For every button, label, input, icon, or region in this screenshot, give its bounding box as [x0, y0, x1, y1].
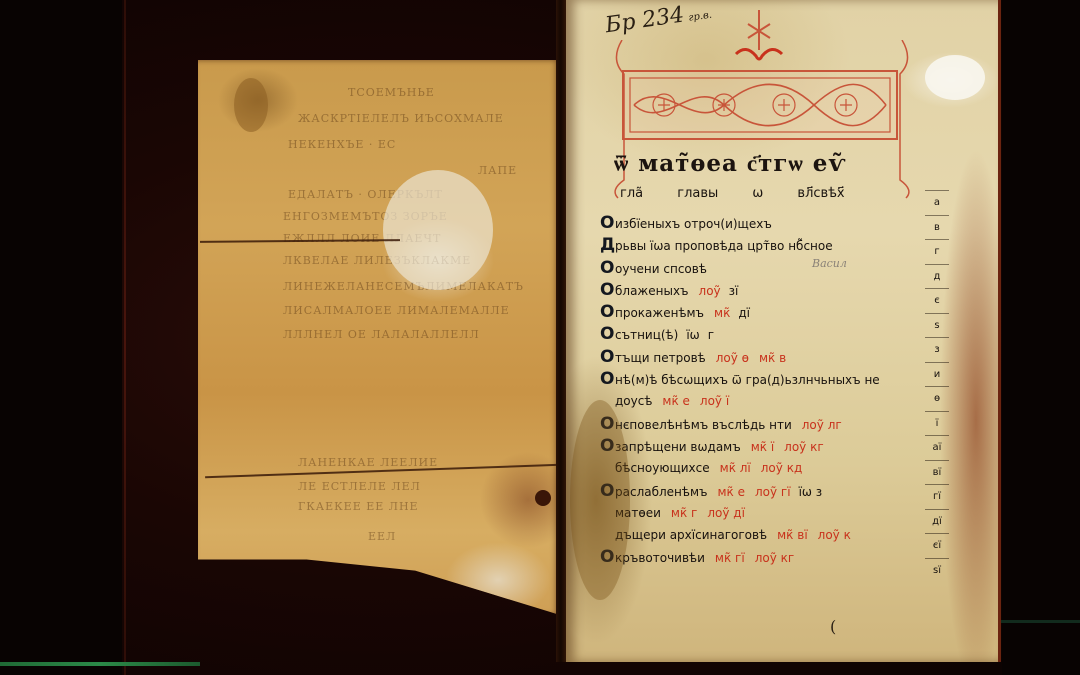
paper-loss	[925, 55, 985, 100]
chapter-list-item: Онєповелѣнѣмъ въслѣдь нтилоу̃ лг	[600, 413, 920, 435]
margin-numeral: д	[925, 264, 949, 289]
chapter-title: избїеныхъ отроч(и)щехъ	[615, 213, 772, 235]
gospel-reference: мк̃ в	[759, 347, 786, 369]
page-title: ѿ мат̃ѳеа с҃тгѡ еѵ̃	[614, 150, 904, 177]
gospel-reference: лоу̃ лг	[802, 414, 842, 436]
chapter-list-item: доусѣмк̃ елоу̃ ї	[600, 390, 920, 412]
margin-numeral: дї	[925, 509, 949, 534]
margin-numeral: з	[925, 337, 949, 362]
margin-numerals: авгдєѕзиѳїаївїгїдїєїѕї	[925, 190, 949, 582]
margin-numeral: ѕї	[925, 558, 949, 583]
margin-numeral: єї	[925, 533, 949, 558]
gospel-reference: мк̃ г	[671, 502, 697, 524]
margin-numeral: гї	[925, 484, 949, 509]
water-stain	[570, 400, 630, 600]
margin-numeral: г	[925, 239, 949, 264]
gospel-reference: мк̃ ї	[751, 436, 774, 458]
chapter-list-item: Окръвоточивѣимк̃ гїлоу̃ кг	[600, 546, 920, 568]
chapter-list-item: Дрьвы їѡа проповѣда црт̃во нб̃сное	[600, 234, 920, 256]
chapter-title: запрѣщени вѡдамъ	[615, 436, 741, 458]
chapter-list-item: Ооучени спсовѣ	[600, 257, 920, 279]
gospel-reference: лоу̃ кг	[755, 547, 794, 569]
nail-hole	[535, 490, 551, 506]
margin-numeral: аї	[925, 435, 949, 460]
gospel-reference: лоу̃ ї	[700, 390, 729, 412]
chapter-title: доусѣ	[615, 390, 652, 412]
left-flyleaf: ТСОЕМЪНЬЕ ЖАСКРТІЕЛЕЛЪ ИЪСОХМАЛЕ НЕКЕНХЪ…	[198, 60, 560, 615]
gospel-reference: лоу̃ ѳ	[716, 347, 749, 369]
chapter-list-item: Отъщи петровѣлоу̃ ѳмк̃ в	[600, 346, 920, 368]
margin-numeral: ѳ	[925, 386, 949, 411]
shelfmark-note: гр.в.	[688, 10, 713, 24]
chapter-title: нєповелѣнѣмъ въслѣдь нти	[615, 414, 792, 436]
manuscript-photo: ТСОЕМЪНЬЕ ЖАСКРТІЕЛЕЛЪ ИЪСОХМАЛЕ НЕКЕНХЪ…	[0, 0, 1080, 675]
gospel-reference: мк̃	[714, 302, 730, 324]
chapter-title: сътниц(ѣ)	[615, 324, 678, 346]
margin-numeral: є	[925, 288, 949, 313]
chapter-list-item: дъщери архїсинагоговѣмк̃ вїлоу̃ к	[600, 524, 920, 546]
chapter-title: оучени спсовѣ	[615, 258, 707, 280]
chapter-list-item: Осътниц(ѣ)їѡг	[600, 323, 920, 345]
initial-letter: О	[600, 368, 612, 390]
initial-letter: О	[600, 279, 612, 301]
chapter-list-item: Опрокаженѣмъмк̃дї	[600, 301, 920, 323]
green-strip-right	[990, 620, 1080, 623]
margin-numeral: а	[925, 190, 949, 215]
gospel-reference: г	[708, 324, 714, 346]
gospel-reference: зї	[729, 280, 739, 302]
paper-loss	[383, 170, 493, 290]
margin-numeral: ѕ	[925, 313, 949, 338]
chapter-list: Оизбїеныхъ отроч(и)щехъДрьвы їѡа проповѣ…	[600, 212, 920, 569]
chapter-list-item: бѣсноующихсемк̃ лїлоу̃ кд	[600, 457, 920, 479]
margin-numeral: ї	[925, 411, 949, 436]
chapter-title: прокаженѣмъ	[615, 302, 704, 324]
stain	[234, 78, 268, 132]
gospel-reference: їѡ з	[799, 481, 823, 503]
gospel-reference: дї	[738, 302, 750, 324]
interlace-ornament-icon	[624, 72, 896, 138]
chapter-list-item: Озапрѣщени вѡдамъмк̃ їлоу̃ кг	[600, 435, 920, 457]
initial-letter: О	[600, 323, 612, 345]
initial-letter: О	[600, 301, 612, 323]
cross-ornament-icon	[734, 6, 784, 64]
gospel-reference: мк̃ вї	[777, 524, 808, 546]
gospel-reference: лоу̃ к	[818, 524, 851, 546]
gospel-reference: їѡ	[686, 324, 699, 346]
gospel-reference: мк̃ лї	[720, 457, 751, 479]
chapter-title: дъщери архїсинагоговѣ	[615, 524, 767, 546]
initial-letter: О	[600, 212, 612, 234]
binding-edge	[124, 0, 126, 675]
interlace-headpiece	[622, 70, 898, 140]
chapter-list-item: Онѣ(м)ѣ бѣсѡщихъ ѿ гра(д)ьзлнчьныхъ не	[600, 368, 920, 390]
chapter-list-item: Оизбїеныхъ отроч(и)щехъ	[600, 212, 920, 234]
gospel-reference: лоу̃ кд	[761, 457, 802, 479]
chapter-title: кръвоточивѣи	[615, 547, 705, 569]
margin-numeral: вї	[925, 460, 949, 485]
chapter-title: нѣ(м)ѣ бѣсѡщихъ ѿ гра(д)ьзлнчьныхъ не	[615, 369, 880, 391]
chapter-title: рьвы їѡа проповѣда црт̃во нб̃сное	[615, 235, 833, 257]
gospel-reference: мк̃ гї	[715, 547, 745, 569]
margin-numeral: в	[925, 215, 949, 240]
chapter-list-item: Облаженыхълоу̃зї	[600, 279, 920, 301]
catchword-mark: (	[830, 617, 836, 636]
gospel-reference: мк̃ е	[717, 481, 745, 503]
initial-letter: О	[600, 257, 612, 279]
chapter-title: тъщи петровѣ	[615, 347, 706, 369]
green-strip	[0, 662, 200, 666]
gospel-reference: лоу̃ дї	[707, 502, 745, 524]
chapter-list-item: Ораслабленѣмъмк̃ елоу̃ гїїѡ з	[600, 480, 920, 502]
chapter-title: блаженыхъ	[615, 280, 689, 302]
chapter-list-item: матѳеимк̃ глоу̃ дї	[600, 502, 920, 524]
initial-letter: Д	[600, 234, 612, 256]
page-subtitle: гла̃ главы ѡ вл҃свѣх҃	[620, 186, 845, 201]
initial-letter: О	[600, 346, 612, 368]
gospel-reference: лоу̃	[699, 280, 721, 302]
gospel-reference: лоу̃ гї	[755, 481, 791, 503]
gospel-reference: мк̃ е	[662, 390, 690, 412]
gospel-reference: лоу̃ кг	[784, 436, 823, 458]
margin-numeral: и	[925, 362, 949, 387]
